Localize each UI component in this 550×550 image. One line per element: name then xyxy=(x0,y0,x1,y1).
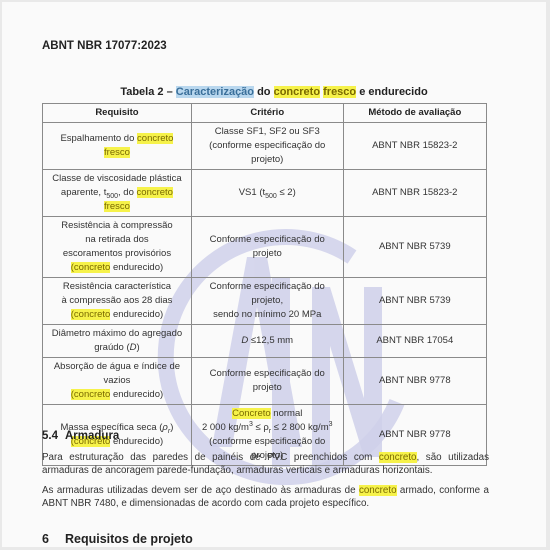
search-highlight: fresco xyxy=(323,86,356,98)
table-row: Espalhamento do concreto fresco Classe S… xyxy=(43,123,487,170)
table-row: Absorção de água e índice devazios(concr… xyxy=(43,358,487,405)
characterization-table: Requisito Critério Método de avaliação E… xyxy=(42,103,487,466)
search-highlight: concreto xyxy=(74,389,110,400)
cell-requisito: Espalhamento do concreto fresco xyxy=(43,123,192,170)
cell-metodo: ABNT NBR 15823-2 xyxy=(343,123,486,170)
table-row: Classe de viscosidade plásticaaparente, … xyxy=(43,170,487,217)
cell-requisito: Resistência à compressãona retirada dose… xyxy=(43,217,192,278)
paragraph: Para estruturação das paredes de painéis… xyxy=(42,451,489,477)
cell-criterio: VS1 (t500 ≤ 2) xyxy=(191,170,343,217)
search-highlight: Concreto xyxy=(232,408,271,419)
cell-requisito: Classe de viscosidade plásticaaparente, … xyxy=(43,170,192,217)
search-highlight: concreto xyxy=(137,187,173,198)
cell-criterio: Conforme especificação do projeto xyxy=(191,217,343,278)
cell-requisito: Resistência característicaà compressão a… xyxy=(43,278,192,325)
cell-requisito: Diâmetro máximo do agregadograúdo (D) xyxy=(43,325,192,358)
selected-text[interactable]: Caracterização xyxy=(176,86,254,98)
cell-metodo: ABNT NBR 9778 xyxy=(343,358,486,405)
header-criterio: Critério xyxy=(191,104,343,123)
section-heading-6: 6Requisitos de projeto xyxy=(42,532,193,546)
document-id: ABNT NBR 17077:2023 xyxy=(42,40,167,52)
table-title: Tabela 2 – Caracterização do concreto fr… xyxy=(2,86,546,98)
cell-criterio: Conforme especificação do projeto,sendo … xyxy=(191,278,343,325)
search-highlight: fresco xyxy=(104,147,130,158)
search-highlight: concreto xyxy=(379,452,417,463)
search-highlight: concreto xyxy=(274,86,320,98)
search-highlight: fresco xyxy=(104,201,130,212)
header-metodo: Método de avaliação xyxy=(343,104,486,123)
table-header-row: Requisito Critério Método de avaliação xyxy=(43,104,487,123)
document-page: ABNT NBR 17077:2023 Tabela 2 – Caracteri… xyxy=(2,2,546,547)
table-row: Resistência à compressãona retirada dose… xyxy=(43,217,487,278)
cell-metodo: ABNT NBR 17054 xyxy=(343,325,486,358)
table-row: Diâmetro máximo do agregadograúdo (D) D … xyxy=(43,325,487,358)
cell-criterio: D ≤12,5 mm xyxy=(191,325,343,358)
search-highlight: concreto xyxy=(74,262,110,273)
search-highlight: concreto xyxy=(74,309,110,320)
cell-requisito: Absorção de água e índice devazios(concr… xyxy=(43,358,192,405)
cell-metodo: ABNT NBR 5739 xyxy=(343,217,486,278)
section-heading-5-4: 5.4Armadura xyxy=(42,430,119,442)
search-highlight: concreto xyxy=(359,485,397,496)
cell-criterio: Conforme especificação do projeto xyxy=(191,358,343,405)
cell-metodo: ABNT NBR 5739 xyxy=(343,278,486,325)
paragraph: As armaduras utilizadas devem ser de aço… xyxy=(42,484,489,510)
search-highlight: concreto xyxy=(137,133,173,144)
cell-metodo: ABNT NBR 15823-2 xyxy=(343,170,486,217)
cell-criterio: Classe SF1, SF2 ou SF3(conforme especifi… xyxy=(191,123,343,170)
header-requisito: Requisito xyxy=(43,104,192,123)
table-row: Resistência característicaà compressão a… xyxy=(43,278,487,325)
